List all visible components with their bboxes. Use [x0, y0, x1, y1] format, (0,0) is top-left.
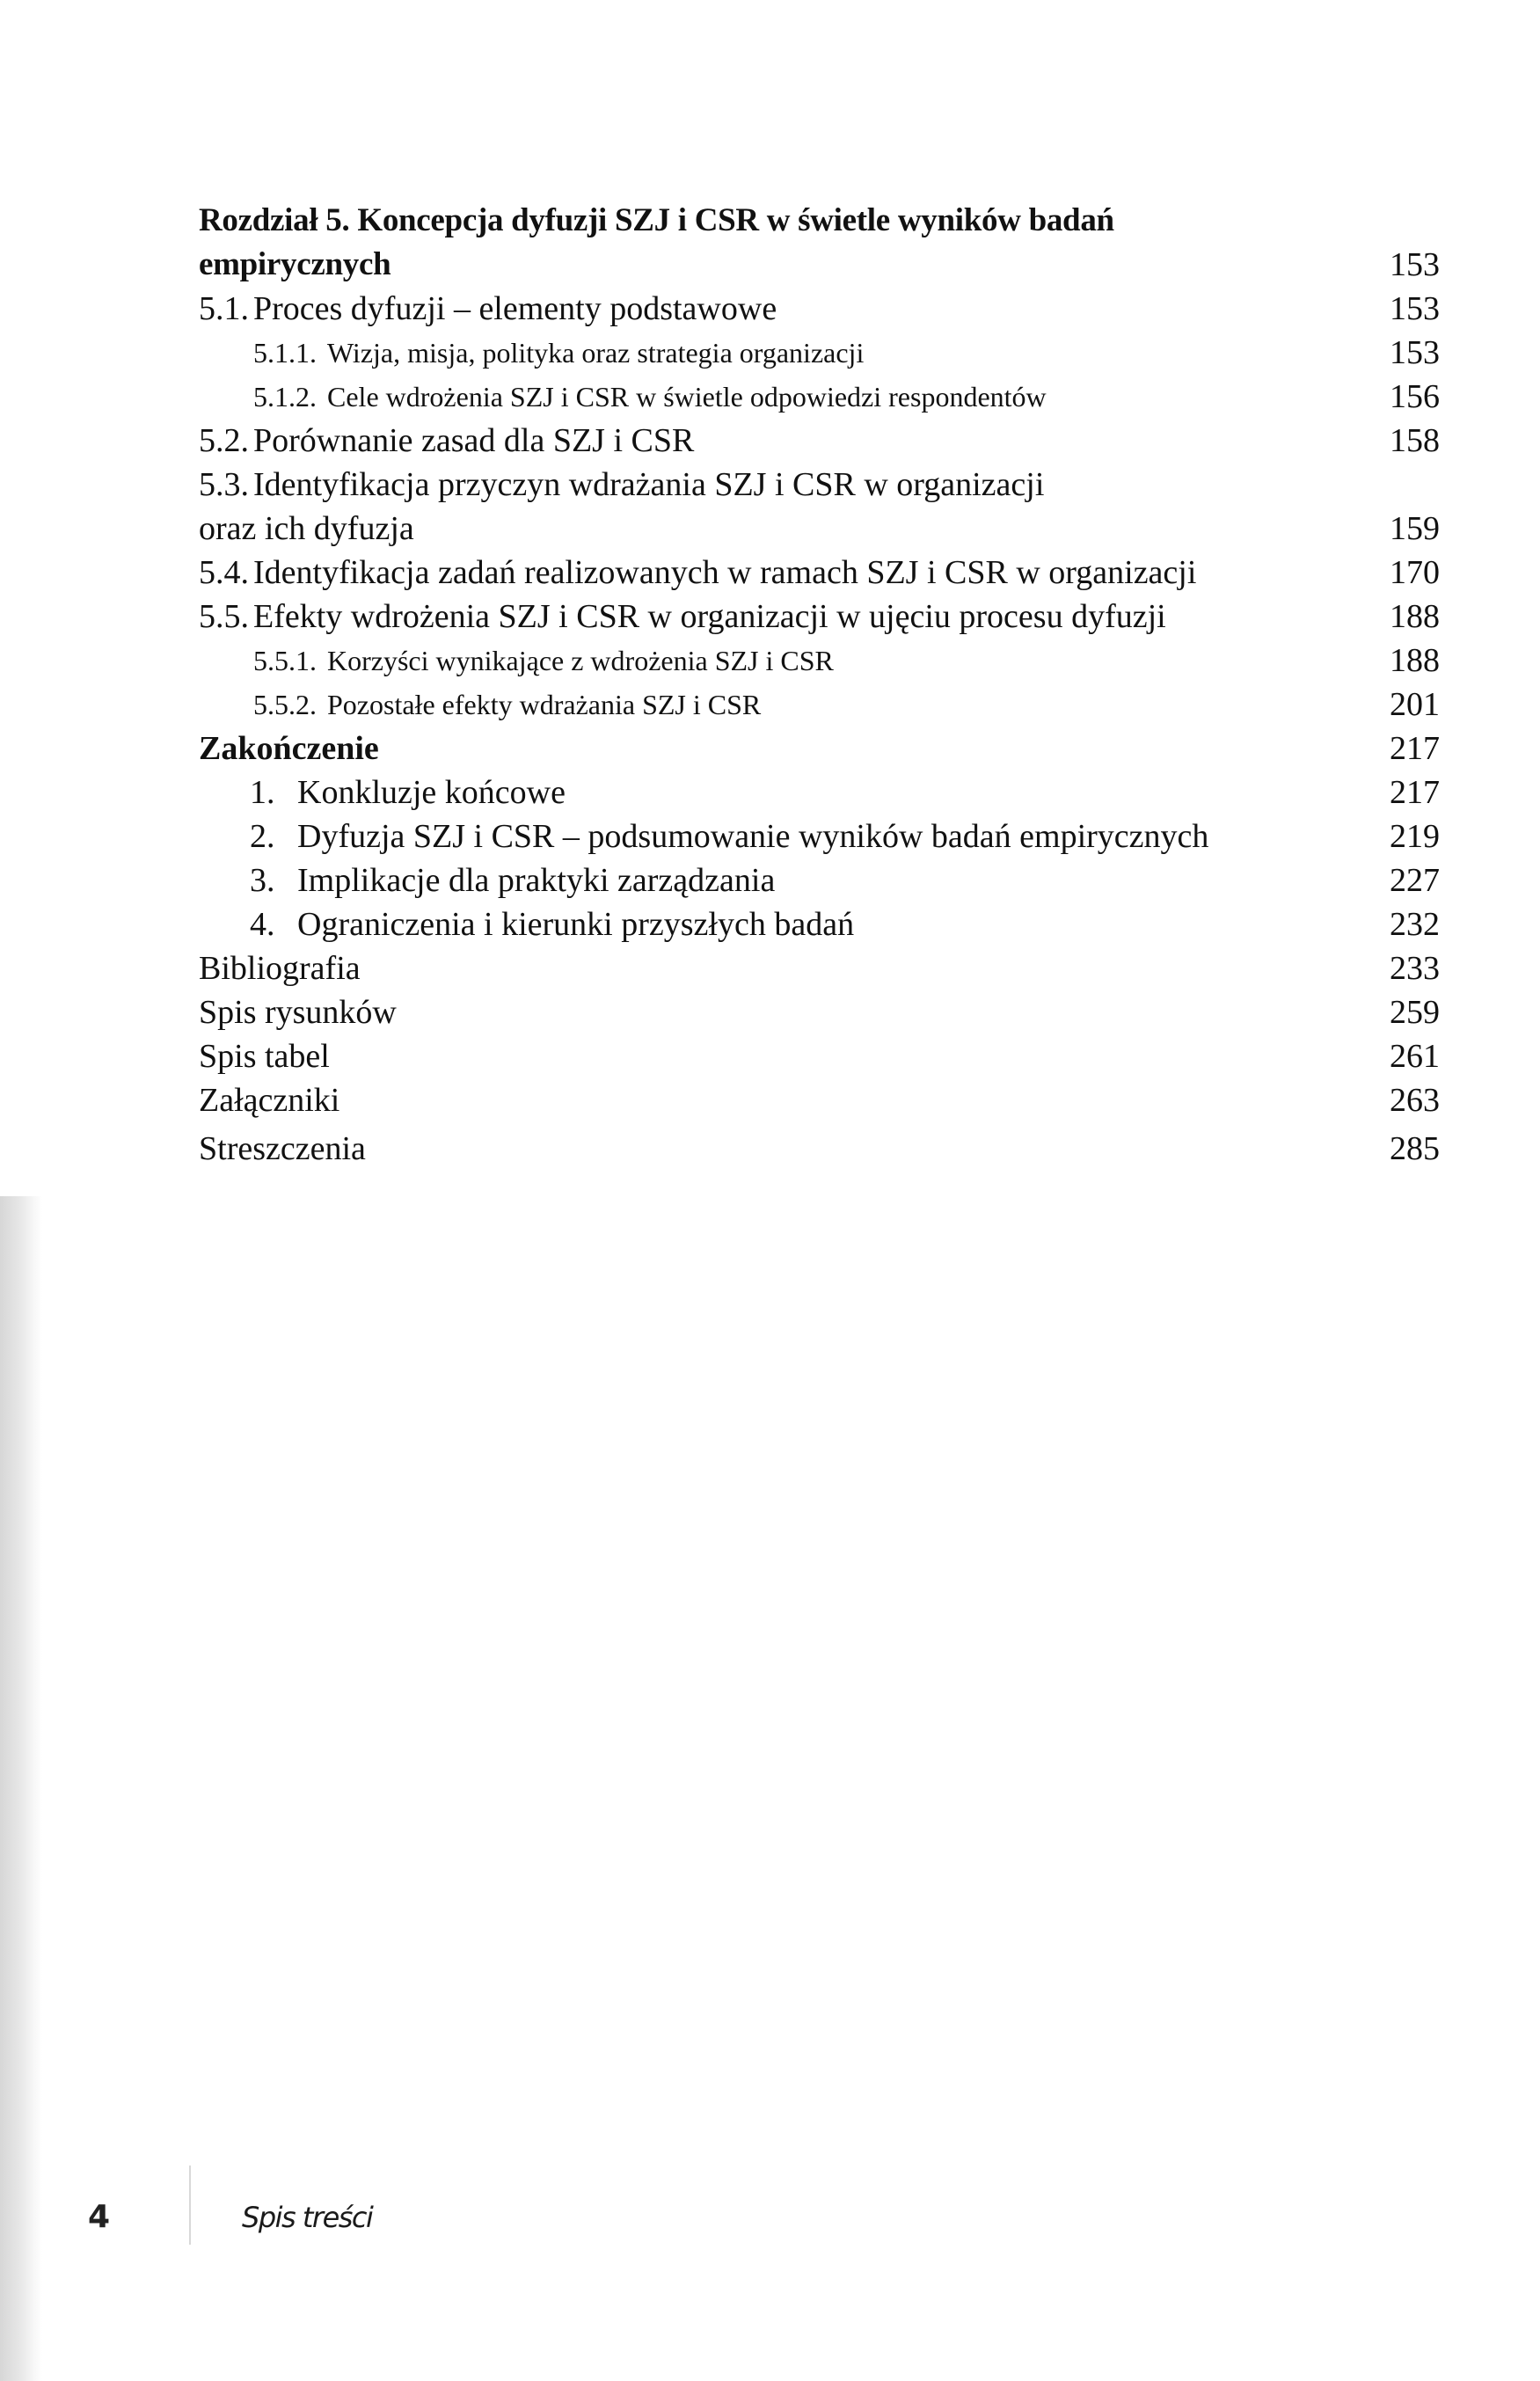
toc-entry-title: Spis rysunków [199, 990, 397, 1034]
toc-entry: 5.4.Identyfikacja zadań realizowanych w … [0, 551, 1540, 595]
toc-entry: 5.5.Efekty wdrożenia SZJ i CSR w organiz… [0, 595, 1540, 639]
toc-entry-page: 233 [1361, 946, 1440, 990]
toc-entry-page: 156 [1361, 375, 1440, 419]
toc-entry-number: 5.1. [199, 287, 249, 331]
toc-entry-number: 5.1.2. [253, 375, 317, 419]
toc-entry: 3.Implikacje dla praktyki zarządzania227 [0, 858, 1540, 902]
toc-entry: 5.1.2.Cele wdrożenia SZJ i CSR w świetle… [0, 375, 1540, 419]
toc-entry-page: 159 [1361, 507, 1440, 551]
footer-page-number: 4 [88, 2199, 110, 2235]
toc-entry-page: 188 [1361, 595, 1440, 639]
toc-entry: Zakończenie217 [0, 727, 1540, 771]
footer-divider [189, 2166, 191, 2245]
toc-entry: Spis tabel261 [0, 1034, 1540, 1078]
toc-entry: Rozdział 5. Koncepcja dyfuzji SZJ i CSR … [0, 199, 1540, 243]
toc-entry-title: Zakończenie [199, 727, 379, 771]
toc-entry-number: 5.3. [199, 463, 249, 507]
toc-entry-page: 153 [1361, 243, 1440, 287]
toc-entry-number: 5.5.1. [253, 639, 317, 683]
toc-entry-page: 285 [1361, 1127, 1440, 1171]
toc-entry-title: Efekty wdrożenia SZJ i CSR w organizacji… [253, 595, 1166, 639]
toc-entry-number: 4. [250, 902, 275, 946]
toc-entry-page: 232 [1361, 902, 1440, 946]
toc-entry-title: empirycznych [199, 243, 390, 287]
toc-entry-page: 227 [1361, 858, 1440, 902]
toc-entry-title: Porównanie zasad dla SZJ i CSR [253, 419, 694, 463]
toc-entry: Bibliografia233 [0, 946, 1540, 990]
footer-running-title: Spis treści [242, 2201, 372, 2234]
toc-entry-title: Identyfikacja zadań realizowanych w rama… [253, 551, 1196, 595]
toc-entry-page: 219 [1361, 814, 1440, 858]
toc-entry-number: 5.1.1. [253, 331, 317, 375]
toc-entry-page: 188 [1361, 639, 1440, 683]
toc-entry: 5.5.1.Korzyści wynikające z wdrożenia SZ… [0, 639, 1540, 683]
toc-entry-number: 3. [250, 858, 275, 902]
toc-entry-page: 153 [1361, 287, 1440, 331]
toc-entry-title: Dyfuzja SZJ i CSR – podsumowanie wyników… [297, 814, 1208, 858]
toc-entry-title: oraz ich dyfuzja [199, 507, 414, 551]
toc-entry-page: 217 [1361, 727, 1440, 771]
toc-entry-title: Streszczenia [199, 1127, 366, 1171]
toc-entry-title: Konkluzje końcowe [297, 771, 566, 814]
toc-entry-number: 5.2. [199, 419, 249, 463]
toc-entry-page: 263 [1361, 1078, 1440, 1122]
toc-entry-title: Implikacje dla praktyki zarządzania [297, 858, 775, 902]
toc-entry: 5.3.Identyfikacja przyczyn wdrażania SZJ… [0, 463, 1540, 507]
toc-entry-title: Załączniki [199, 1078, 339, 1122]
toc-entry-page: 170 [1361, 551, 1440, 595]
toc-entry-number: 2. [250, 814, 275, 858]
scan-gutter-shadow [0, 1196, 42, 2381]
toc-entry-page: 217 [1361, 771, 1440, 814]
toc-entry-title: Identyfikacja przyczyn wdrażania SZJ i C… [253, 463, 1044, 507]
toc-entry-title: Bibliografia [199, 946, 361, 990]
toc-entry: 5.1.1.Wizja, misja, polityka oraz strate… [0, 331, 1540, 375]
toc-entry: 4.Ograniczenia i kierunki przyszłych bad… [0, 902, 1540, 946]
toc-entry-title: Rozdział 5. Koncepcja dyfuzji SZJ i CSR … [199, 199, 1114, 243]
toc-entry-title: Proces dyfuzji – elementy podstawowe [253, 287, 777, 331]
toc-entry-page: 158 [1361, 419, 1440, 463]
toc-entry-number: 1. [250, 771, 275, 814]
toc-entry: 2.Dyfuzja SZJ i CSR – podsumowanie wynik… [0, 814, 1540, 858]
toc-entry-page: 261 [1361, 1034, 1440, 1078]
toc-entry: 5.5.2.Pozostałe efekty wdrażania SZJ i C… [0, 683, 1540, 727]
toc-entry-title: Pozostałe efekty wdrażania SZJ i CSR [327, 683, 761, 727]
toc-entry: 5.1.Proces dyfuzji – elementy podstawowe… [0, 287, 1540, 331]
toc-entry: 5.2.Porównanie zasad dla SZJ i CSR158 [0, 419, 1540, 463]
toc-entry-title: Ograniczenia i kierunki przyszłych badań [297, 902, 854, 946]
toc-entry: Załączniki263 [0, 1078, 1540, 1122]
toc-entry-page: 259 [1361, 990, 1440, 1034]
toc-entry: 1.Konkluzje końcowe217 [0, 771, 1540, 814]
toc-entry-title: Cele wdrożenia SZJ i CSR w świetle odpow… [327, 375, 1047, 419]
toc-entry: Spis rysunków259 [0, 990, 1540, 1034]
toc-entry: Streszczenia285 [0, 1127, 1540, 1171]
toc-entry-number: 5.5.2. [253, 683, 317, 727]
toc-entry-number: 5.5. [199, 595, 249, 639]
toc-entry-page: 201 [1361, 683, 1440, 727]
toc-entry-title: Wizja, misja, polityka oraz strategia or… [327, 331, 864, 375]
toc-entry-number: 5.4. [199, 551, 249, 595]
toc-entry-title: Spis tabel [199, 1034, 330, 1078]
toc-entry-page: 153 [1361, 331, 1440, 375]
toc-entry-title: Korzyści wynikające z wdrożenia SZJ i CS… [327, 639, 834, 683]
toc-entry: empirycznych153 [0, 243, 1540, 287]
toc-entry: oraz ich dyfuzja159 [0, 507, 1540, 551]
